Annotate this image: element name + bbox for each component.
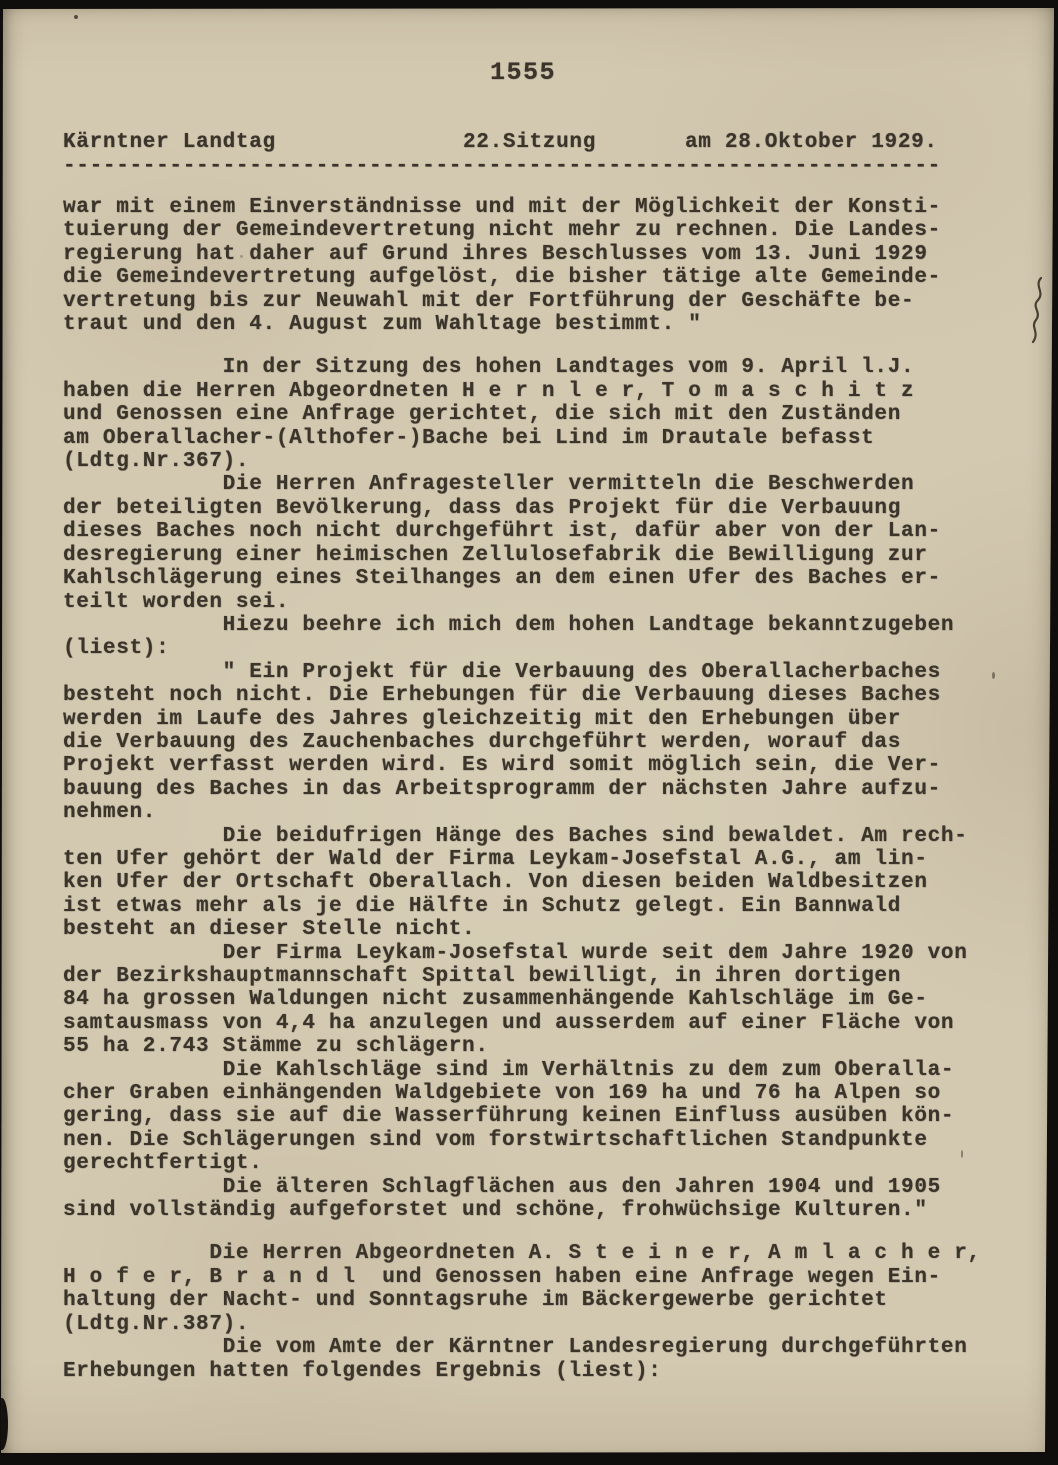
header-session-number: 22.Sitzung [463, 132, 596, 153]
paragraph-4: Hiezu beehre ich mich dem hohen Landtage… [63, 614, 1023, 661]
paragraph-11: Die vom Amte der Kärntner Landesregierun… [63, 1336, 1023, 1383]
ink-speck [74, 15, 78, 19]
ink-speck [961, 1150, 963, 1158]
ink-speck [838, 1026, 842, 1029]
header-institution: Kärntner Landtag [63, 132, 276, 153]
paragraph-5: " Ein Projekt für die Verbauung des Ober… [63, 661, 1023, 825]
paragraph-9: Die älteren Schlagflächen aus den Jahren… [63, 1176, 1023, 1223]
page-number: 1555 [0, 60, 1046, 85]
ink-speck [240, 255, 243, 258]
header-date: am 28.Oktober 1929. [685, 132, 938, 153]
handwritten-margin-mark [1026, 276, 1052, 346]
paragraph-3: Die Herren Anfragesteller vermitteln die… [63, 473, 1023, 613]
header-separator-rule: ----------------------------------------… [63, 156, 983, 177]
paragraph-10: Die Herren Abgeordneten A. S t e i n e r… [63, 1242, 1023, 1336]
scan-edge-blemish [0, 1398, 8, 1450]
ink-speck [992, 672, 995, 679]
paragraph-1: war mit einem Einverständnisse und mit d… [63, 196, 1023, 336]
paragraph-8: Die Kahlschläge sind im Verhältnis zu de… [63, 1059, 1023, 1176]
document-body: war mit einem Einverständnisse und mit d… [63, 196, 1023, 1383]
paragraph-6: Die beidufrigen Hänge des Baches sind be… [63, 825, 1023, 942]
paragraph-2: In der Sitzung des hohen Landtages vom 9… [63, 356, 1023, 473]
scanned-page: 1555 Kärntner Landtag 22.Sitzung am 28.O… [0, 0, 1058, 1465]
paragraph-7: Der Firma Leykam-Josefstal wurde seit de… [63, 942, 1023, 1059]
paper-sheet: 1555 Kärntner Landtag 22.Sitzung am 28.O… [0, 0, 1058, 1465]
